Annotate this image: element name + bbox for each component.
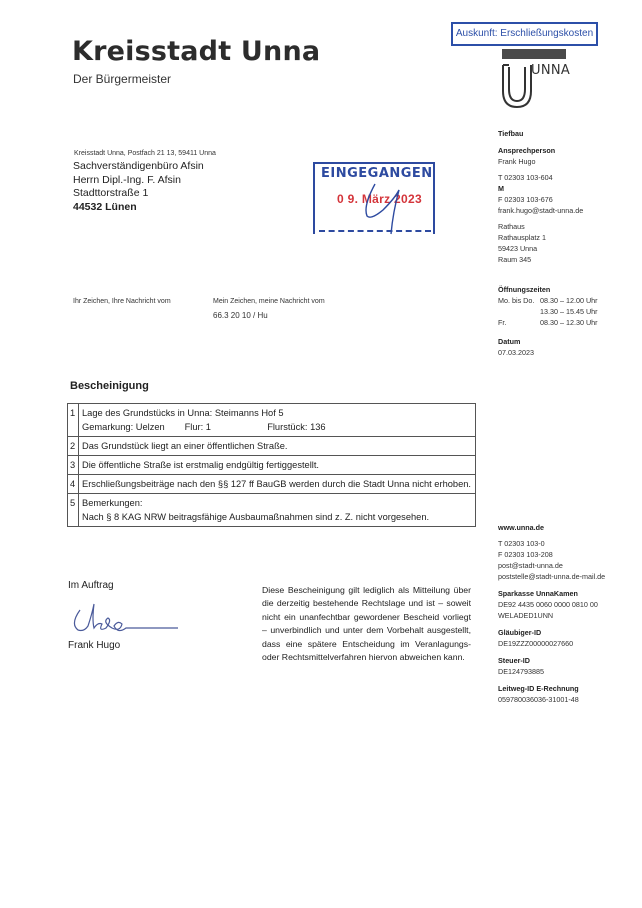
recipient-line-2: Herrn Dipl.-Ing. F. Afsin: [73, 174, 204, 188]
row-number: 1: [68, 404, 79, 437]
opening-hours-label: Öffnungszeiten: [498, 284, 598, 295]
contact-fax: F 02303 103-676: [498, 194, 583, 205]
contact-mobile: M: [498, 183, 583, 194]
table-row: 1 Lage des Grundstücks in Unna: Steimann…: [68, 404, 476, 437]
flur: Flur: 1: [185, 420, 265, 434]
creditor-id-label: Gläubiger-ID: [498, 627, 605, 638]
gemarkung: Gemarkung: Uelzen: [82, 420, 182, 434]
hours-time: 13.30 – 15.45 Uhr: [540, 306, 598, 317]
contact-email[interactable]: frank.hugo@stadt-unna.de: [498, 205, 583, 216]
hours-time: 08.30 – 12.00 Uhr: [540, 295, 598, 306]
creditor-id: DE19ZZZ00000027660: [498, 638, 605, 649]
room: Raum 345: [498, 254, 583, 265]
row-content: Bemerkungen: Nach § 8 KAG NRW beitragsfä…: [79, 494, 476, 527]
bic: WELADED1UNN: [498, 610, 605, 621]
date-value: 07.03.2023: [498, 347, 598, 358]
bank-label: Sparkasse UnnaKamen: [498, 588, 605, 599]
row-number: 2: [68, 437, 79, 456]
city-subtitle: Der Bürgermeister: [73, 72, 171, 86]
remarks-label: Bemerkungen:: [82, 496, 472, 510]
contact-person: Frank Hugo: [498, 156, 583, 167]
row-number: 4: [68, 475, 79, 494]
contact-block: Tiefbau Ansprechperson Frank Hugo T 0230…: [498, 128, 583, 265]
hours-day: Fr.: [498, 317, 540, 328]
department: Tiefbau: [498, 128, 583, 139]
general-fax: F 02303 103-208: [498, 549, 605, 560]
row-content: Das Grundstück liegt an einer öffentlich…: [79, 437, 476, 456]
property-location: Lage des Grundstücks in Unna: Steimanns …: [82, 406, 472, 420]
row-number: 5: [68, 494, 79, 527]
tax-id-label: Steuer-ID: [498, 655, 605, 666]
table-row: 2 Das Grundstück liegt an einer öffentli…: [68, 437, 476, 456]
city-title: Kreisstadt Unna: [72, 36, 320, 67]
hours-time: 08.30 – 12.30 Uhr: [540, 317, 598, 328]
im-auftrag: Im Auftrag: [68, 580, 114, 591]
certificate-table: 1 Lage des Grundstücks in Unna: Steimann…: [67, 403, 476, 527]
hours-day: Mo. bis Do.: [498, 295, 540, 306]
recipient-line-3: Stadttorstraße 1: [73, 187, 204, 201]
general-phone: T 02303 103-0: [498, 538, 605, 549]
leitweg-id: 059780036036-31001-48: [498, 694, 605, 705]
hours-day: [498, 306, 540, 317]
row-content: Die öffentliche Straße ist erstmalig end…: [79, 456, 476, 475]
sender-return-address: Kreisstadt Unna, Postfach 21 13, 59411 U…: [74, 150, 216, 157]
table-row: 5 Bemerkungen: Nach § 8 KAG NRW beitrags…: [68, 494, 476, 527]
your-reference-label: Ihr Zeichen, Ihre Nachricht vom: [73, 298, 171, 305]
unna-logo-icon: [500, 61, 534, 111]
my-reference-value: 66.3 20 10 / Hu: [213, 311, 268, 320]
legal-disclaimer: Diese Bescheinigung gilt lediglich als M…: [262, 584, 471, 664]
flurstueck: Flurstück: 136: [267, 422, 325, 432]
tax-id: DE124793885: [498, 666, 605, 677]
my-reference-label: Mein Zeichen, meine Nachricht vom: [213, 298, 325, 305]
website[interactable]: www.unna.de: [498, 522, 605, 533]
signer-name: Frank Hugo: [68, 640, 120, 651]
general-email[interactable]: post@stadt-unna.de: [498, 560, 605, 571]
certificate-title: Bescheinigung: [70, 380, 149, 392]
initials-signature-icon: [353, 176, 413, 236]
recipient-line-1: Sachverständigenbüro Afsin: [73, 160, 204, 174]
date-label: Datum: [498, 336, 598, 347]
table-row: 3 Die öffentliche Straße ist erstmalig e…: [68, 456, 476, 475]
row-content: Erschließungsbeiträge nach den §§ 127 ff…: [79, 475, 476, 494]
handwritten-signature-icon: [68, 602, 188, 638]
iban: DE92 4435 0060 0000 0810 00: [498, 599, 605, 610]
property-parcel: Gemarkung: Uelzen Flur: 1 Flurstück: 136: [82, 420, 472, 434]
footer-info: www.unna.de T 02303 103-0 F 02303 103-20…: [498, 522, 605, 705]
logo-text: UNNA: [531, 63, 570, 78]
city: 59423 Unna: [498, 243, 583, 254]
auskunft-stamp: Auskunft: Erschließungskosten: [451, 22, 598, 46]
received-stamp: EINGEGANGEN 0 9. März 2023: [313, 162, 435, 234]
table-row: 4 Erschließungsbeiträge nach den §§ 127 …: [68, 475, 476, 494]
opening-hours: Öffnungszeiten Mo. bis Do.08.30 – 12.00 …: [498, 284, 598, 358]
de-mail[interactable]: poststelle@stadt-unna.de-mail.de: [498, 571, 605, 582]
leitweg-id-label: Leitweg-ID E-Rechnung: [498, 683, 605, 694]
building: Rathaus: [498, 221, 583, 232]
contact-phone: T 02303 103-604: [498, 172, 583, 183]
street: Rathausplatz 1: [498, 232, 583, 243]
row-content: Lage des Grundstücks in Unna: Steimanns …: [79, 404, 476, 437]
row-number: 3: [68, 456, 79, 475]
contact-person-label: Ansprechperson: [498, 145, 583, 156]
recipient-line-4: 44532 Lünen: [73, 201, 204, 215]
remarks-text: Nach § 8 KAG NRW beitragsfähige Ausbauma…: [82, 510, 472, 524]
recipient-address: Sachverständigenbüro Afsin Herrn Dipl.-I…: [73, 160, 204, 214]
redaction-bar: [502, 49, 566, 59]
